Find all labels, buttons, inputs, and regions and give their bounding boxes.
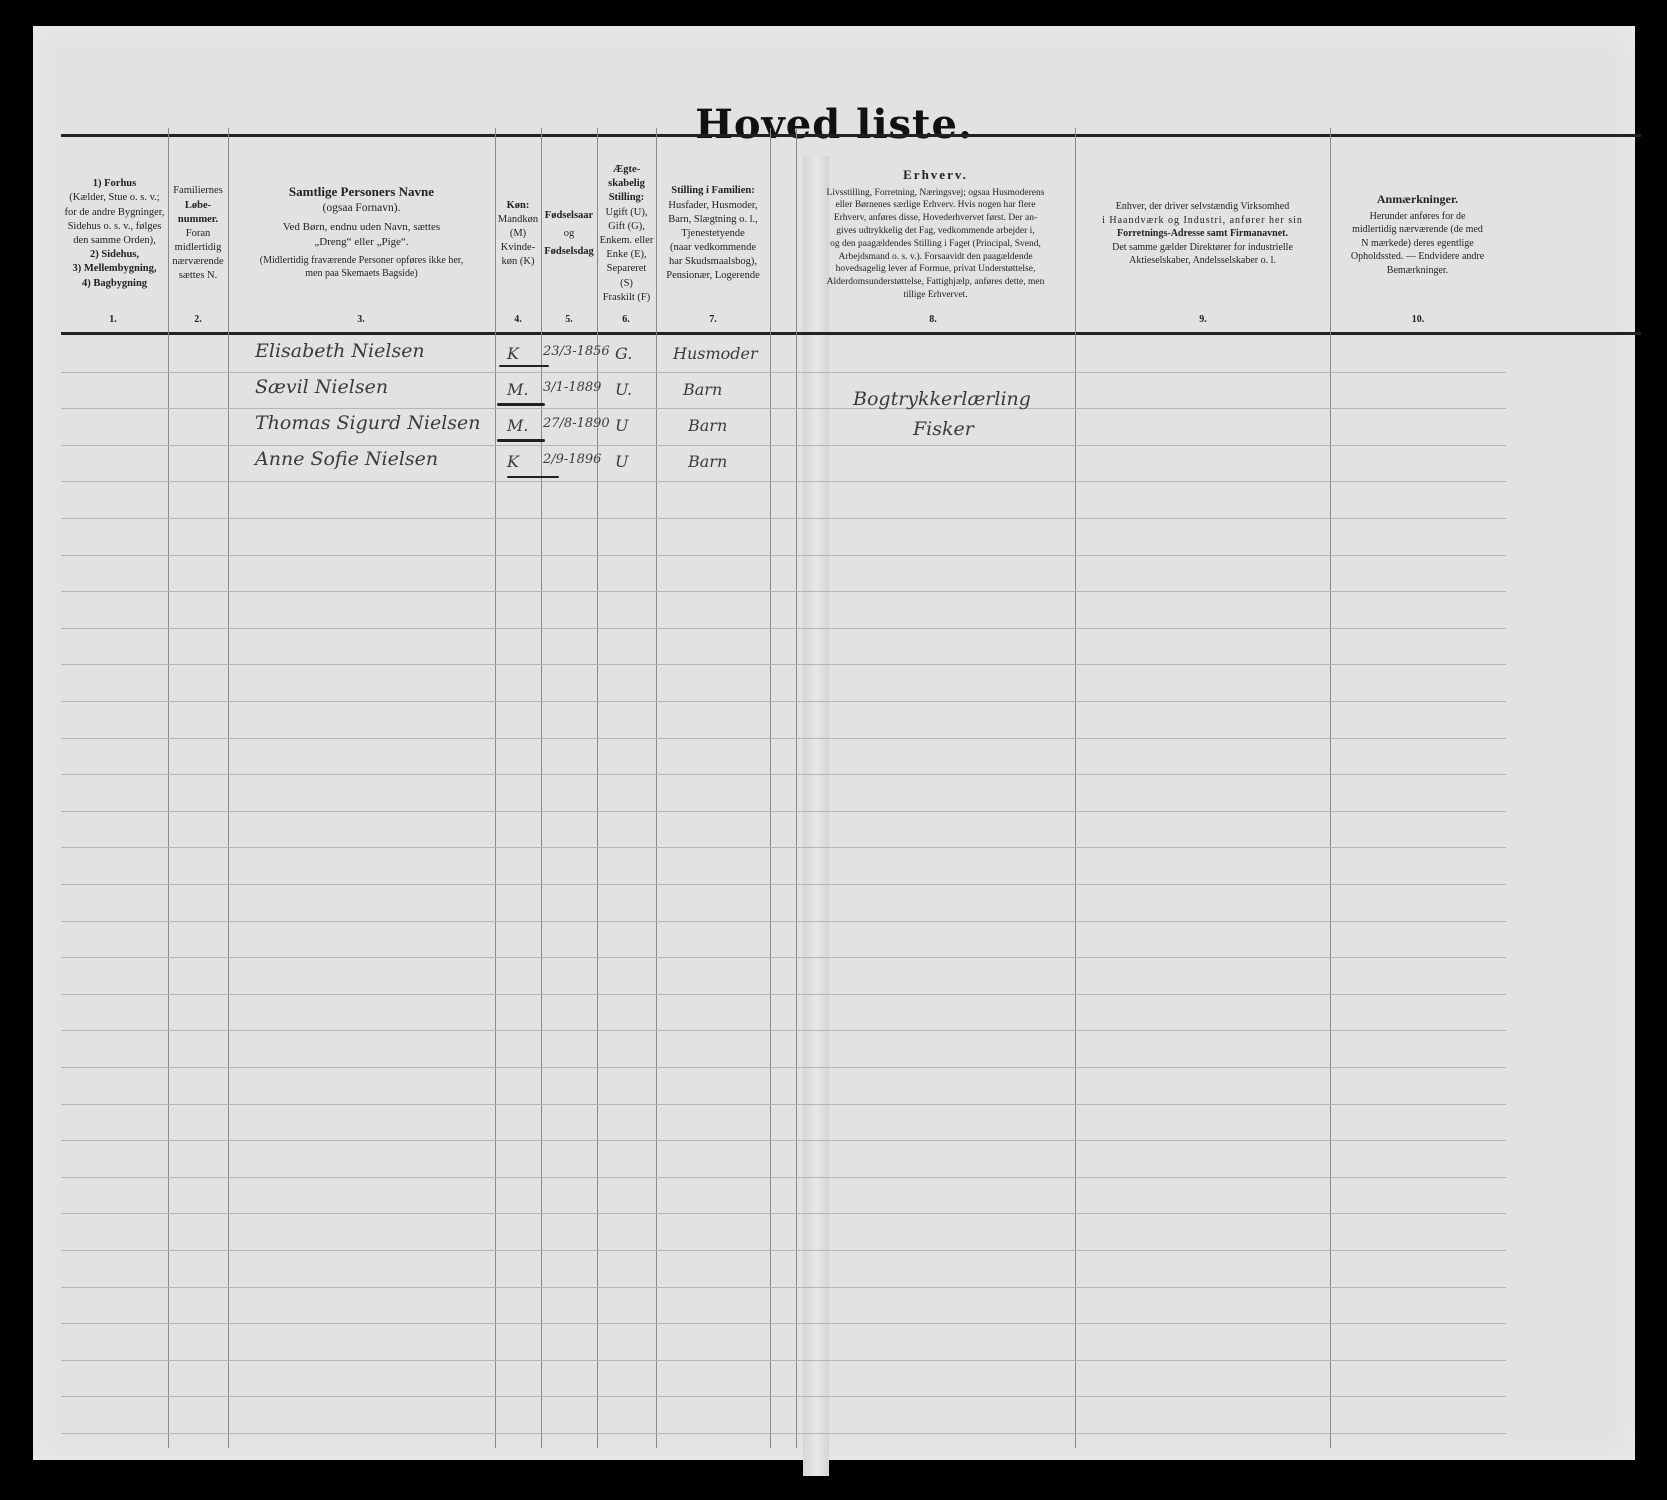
column-number: 7. (709, 314, 717, 325)
header-text: køn (K) (502, 255, 535, 269)
header-text: Stilling: (609, 192, 645, 203)
header-col7-family-role: Stilling i Familien: Husfader, Husmoder,… (656, 138, 770, 330)
family-separator-mark (499, 365, 549, 367)
column-number: 5. (565, 314, 573, 325)
ruled-row-line (61, 811, 1506, 812)
entry-birth: 3/1-1889 (543, 380, 601, 395)
entry-name: Anne Sofie Nielsen (255, 448, 438, 470)
entry-birth: 2/9-1896 (543, 452, 601, 467)
family-separator-mark (497, 403, 545, 406)
page-fold-gutter (803, 156, 829, 1476)
header-text: (S) (620, 277, 633, 291)
column-number: 2. (194, 314, 202, 325)
header-col10-remarks: Anmærkninger. Herunder anføres for de mi… (1330, 138, 1505, 330)
header-text: hovedsagelig lever af Formue, privat Und… (836, 263, 1036, 276)
header-text: Enkem. eller (600, 234, 654, 248)
ruled-row-line (61, 957, 1506, 958)
ruled-row-line (61, 628, 1506, 629)
header-text: har Skudsmaalsbog), (669, 255, 757, 269)
header-text: (Kælder, Stue o. s. v.; (69, 191, 159, 205)
header-text: Enke (E), (606, 248, 646, 262)
header-text: (ogsaa Fornavn). (323, 201, 401, 217)
header-col9-business-address: Enhver, der driver selvstændig Virksomhe… (1075, 138, 1330, 330)
header-text: Det samme gælder Direktører for industri… (1112, 241, 1293, 255)
header-text: Sidehus o. s. v., følges (68, 220, 162, 234)
header-text: midlertidig nærværende (de med (1352, 223, 1483, 237)
entry-family-role: Barn (688, 452, 727, 471)
header-text: Mandkøn (498, 213, 538, 227)
header-text: Fraskilt (F) (603, 291, 651, 305)
header-text: N mærkede) deres egentlige (1361, 237, 1473, 251)
ruled-row-line (61, 664, 1506, 665)
header-text: Ægte- (613, 164, 640, 175)
header-text: (Midlertidig fraværende Personer opføres… (260, 254, 463, 268)
header-text: Tjenestetyende (681, 227, 745, 241)
header-text: Løbe- (185, 200, 211, 211)
header-text: Enhver, der driver selvstændig Virksomhe… (1116, 200, 1290, 214)
ruled-row-line (61, 372, 1506, 373)
header-text: (naar vedkommende (670, 241, 756, 255)
header-text: Alderdomsunderstøttelse, Fattighjælp, an… (827, 276, 1045, 289)
header-col5-birth: Fødselsaar og Fødselsdag (541, 138, 597, 330)
entry-marital: G. (615, 344, 632, 363)
entry-marital: U. (615, 380, 632, 399)
entry-birth: 23/3-1856 (543, 344, 610, 359)
column-number: 3. (357, 314, 365, 325)
header-text: Kvinde- (501, 241, 535, 255)
header-text: Aktieselskaber, Andelsselskaber o. l. (1129, 254, 1276, 268)
entry-sex: M. (507, 416, 528, 435)
entry-sex: K (507, 452, 519, 471)
entry-sex: K (507, 344, 519, 363)
header-text: Pensionær, Logerende (666, 269, 759, 283)
ruled-row-line (61, 1396, 1506, 1397)
census-form-page: Hoved liste. 1) Forhus (Kælder, Stue o. … (33, 26, 1635, 1460)
header-text: 1) Forhus (93, 178, 136, 189)
header-text: 4) Bagbygning (82, 278, 147, 289)
family-separator-mark (507, 476, 559, 478)
header-text: „Dreng“ eller „Pige“. (314, 235, 408, 250)
ruled-row-line (61, 994, 1506, 995)
header-col3-names: Samtlige Personers Navne (ogsaa Fornavn)… (228, 138, 495, 330)
ruled-row-line (61, 1177, 1506, 1178)
header-text: for de andre Bygninger, (65, 206, 165, 220)
ruled-row-line (61, 884, 1506, 885)
header-text: Livsstilling, Forretning, Næringsvej; og… (827, 187, 1045, 200)
entry-family-role: Barn (683, 380, 722, 399)
entry-name: Elisabeth Nielsen (255, 340, 425, 362)
header-text: (M) (510, 227, 526, 241)
entry-marital: U (615, 416, 628, 435)
header-text: den samme Orden), (73, 234, 156, 248)
column-number: 9. (1199, 314, 1207, 325)
column-number: 8. (929, 314, 937, 325)
ruled-row-line (61, 738, 1506, 739)
entry-family-role: Barn (688, 416, 727, 435)
entry-birth: 27/8-1890 (543, 416, 610, 431)
ruled-row-line (61, 1323, 1506, 1324)
ruled-row-line (61, 1433, 1506, 1434)
ruled-row-line (61, 701, 1506, 702)
header-col4-sex: Køn: Mandkøn (M) Kvinde- køn (K) (495, 138, 541, 330)
ruled-row-line (61, 555, 1506, 556)
entry-family-role: Husmoder (673, 344, 758, 363)
column-number: 10. (1412, 314, 1425, 325)
ruled-row-line (61, 1360, 1506, 1361)
entry-occupation: Bogtrykkerlærling (853, 388, 1031, 410)
ruled-row-line (61, 1104, 1506, 1105)
ruled-row-line (61, 774, 1506, 775)
ruled-row-line (61, 1287, 1506, 1288)
entry-sex: M. (507, 380, 528, 399)
ruled-row-line (61, 921, 1506, 922)
ruled-row-line (61, 1140, 1506, 1141)
ruled-row-line (61, 591, 1506, 592)
header-text: Samtlige Personers Navne (289, 184, 434, 199)
header-text: nærværende (172, 255, 223, 269)
header-text: Gift (G), (608, 220, 645, 234)
header-text: Stilling i Familien: (671, 185, 754, 196)
header-top-rule (61, 134, 1641, 137)
column-number: 1. (109, 314, 117, 325)
header-text: Ugift (U), (606, 206, 648, 220)
header-text: gives udtrykkelig det Fag, vedkommende a… (836, 225, 1034, 238)
header-text: Anmærkninger. (1377, 192, 1458, 206)
column-number: 6. (622, 314, 630, 325)
header-text: og den paagældendes Stilling i Faget (Pr… (830, 238, 1041, 251)
ruled-row-line (61, 1213, 1506, 1214)
family-separator-mark (497, 439, 545, 442)
ruled-row-line (61, 408, 1506, 409)
header-text: Ved Børn, endnu uden Navn, sættes (283, 220, 440, 235)
header-text: nummer. (178, 214, 218, 225)
header-text: og (564, 227, 575, 241)
header-text: sættes N. (179, 269, 218, 283)
header-text: Erhverv, anføres disse, Hovederhvervet f… (834, 212, 1037, 225)
ruled-row-line (61, 847, 1506, 848)
header-text: Foran (186, 227, 211, 241)
ruled-row-line (61, 1067, 1506, 1068)
ruled-row-line (61, 481, 1506, 482)
header-text: Forretnings-Adresse samt Firmanavnet. (1117, 228, 1288, 239)
header-text: Separeret (607, 262, 647, 276)
entry-name: Thomas Sigurd Nielsen (255, 412, 481, 434)
header-text: Bemærkninger. (1387, 264, 1448, 278)
entry-marital: U (615, 452, 628, 471)
header-text: 3) Mellembygning, (73, 263, 157, 274)
header-text: i Haandværk og Industri, anfører her sin (1102, 214, 1303, 228)
header-text: Opholdssted. — Endvidere andre (1351, 250, 1484, 264)
entry-name: Sævil Nielsen (255, 376, 388, 398)
ruled-row-line (61, 1250, 1506, 1251)
ruled-row-line (61, 445, 1506, 446)
header-text: Erhverv. (903, 167, 968, 182)
header-col6-marital: Ægte- skabelig Stilling: Ugift (U), Gift… (597, 138, 656, 330)
header-text: men paa Skemaets Bagside) (305, 267, 417, 281)
header-text: Barn, Slægtning o. l., (668, 213, 758, 227)
header-bottom-rule (61, 332, 1641, 335)
header-text: Fødselsdag (544, 246, 594, 257)
header-col8-occupation: Erhverv. Livsstilling, Forretning, Nærin… (796, 138, 1075, 330)
header-text: skabelig (608, 178, 645, 189)
column-number: 4. (514, 314, 522, 325)
ruled-row-line (61, 1030, 1506, 1031)
header-text: midlertidig (175, 241, 222, 255)
header-text: tillige Erhvervet. (903, 289, 967, 302)
entry-occupation: Fisker (913, 418, 974, 440)
header-text: Arbejdsmand o. s. v.). Forsaavidt den pa… (838, 251, 1032, 264)
header-col1-building: 1) Forhus (Kælder, Stue o. s. v.; for de… (61, 138, 168, 330)
header-text: Køn: (507, 200, 530, 211)
header-text: Herunder anføres for de (1370, 210, 1466, 224)
header-text: Familiernes (173, 184, 223, 198)
header-text: 2) Sidehus, (90, 249, 139, 260)
ruled-row-line (61, 518, 1506, 519)
header-text: eller Børnenes særlige Erhverv. Hvis nog… (836, 199, 1036, 212)
header-text: Fødselsaar (545, 210, 593, 221)
header-col2-family-number: Familiernes Løbe- nummer. Foran midlerti… (168, 138, 228, 330)
header-text: Husfader, Husmoder, (668, 199, 757, 213)
